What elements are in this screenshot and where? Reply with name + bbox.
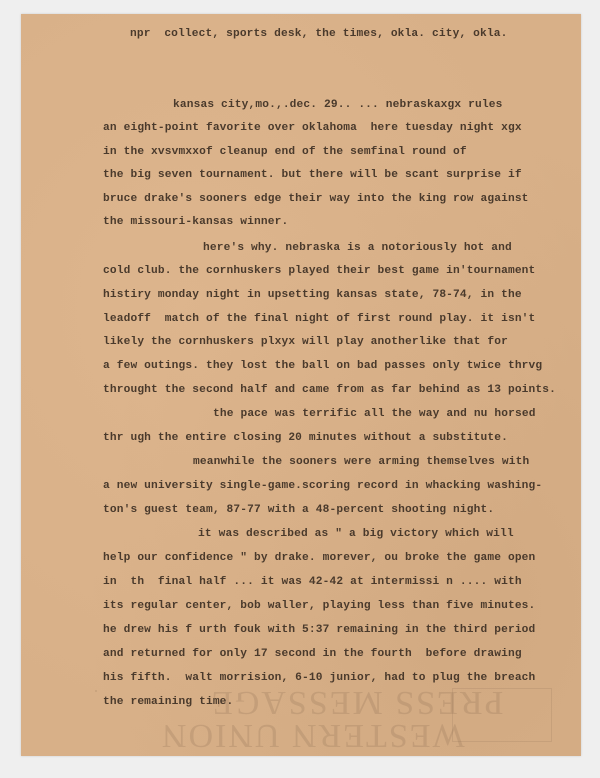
body-line: in th final half ... it was 42-42 at int… (103, 576, 522, 588)
body-line: a few outings. they lost the ball on bad… (103, 360, 542, 372)
body-line: and returned for only 17 second in the f… (103, 648, 522, 660)
body-line: it was described as " a big victory whic… (198, 528, 514, 540)
body-line: bruce drake's sooners edge their way int… (103, 193, 529, 205)
body-line: the missouri-kansas winner. (103, 216, 288, 228)
body-line: the big seven tournament. but there will… (103, 169, 522, 181)
watermark-box-right (452, 688, 552, 742)
watermark-western-union: WESTERN UNION (160, 716, 465, 754)
body-line: leadoff match of the final night of firs… (103, 313, 535, 325)
body-line: meanwhile the sooners were arming themse… (193, 456, 529, 468)
body-line: he drew his f urth fouk with 5:37 remain… (103, 624, 535, 636)
body-line: thr ugh the entire closing 20 minutes wi… (103, 432, 508, 444)
watermark-box-left (95, 690, 97, 692)
body-line: kansas city,mo.,.dec. 29.. ... nebraskax… (173, 99, 502, 111)
body-line: likely the cornhuskers plxyx will play a… (103, 336, 508, 348)
header-line: npr collect, sports desk, the times, okl… (130, 28, 508, 40)
body-line: his fifth. walt morrision, 6-10 junior, … (103, 672, 535, 684)
body-line: its regular center, bob waller, playing … (103, 600, 535, 612)
body-line: an eight-point favorite over oklahoma he… (103, 122, 522, 134)
body-line: help our confidence " by drake. morever,… (103, 552, 535, 564)
body-line: in the xvsvmxxof cleanup end of the semf… (103, 146, 467, 158)
body-line: the remaining time. (103, 696, 233, 708)
body-line: histiry monday night in upsetting kansas… (103, 289, 522, 301)
body-line: cold club. the cornhuskers played their … (103, 265, 535, 277)
body-line: a new university single-game.scoring rec… (103, 480, 542, 492)
body-line: ton's guest team, 87-77 with a 48-percen… (103, 504, 494, 516)
body-line: the pace was terrific all the way and nu… (213, 408, 536, 420)
body-line: throught the second half and came from a… (103, 384, 556, 396)
body-line: here's why. nebraska is a notoriously ho… (203, 242, 512, 254)
